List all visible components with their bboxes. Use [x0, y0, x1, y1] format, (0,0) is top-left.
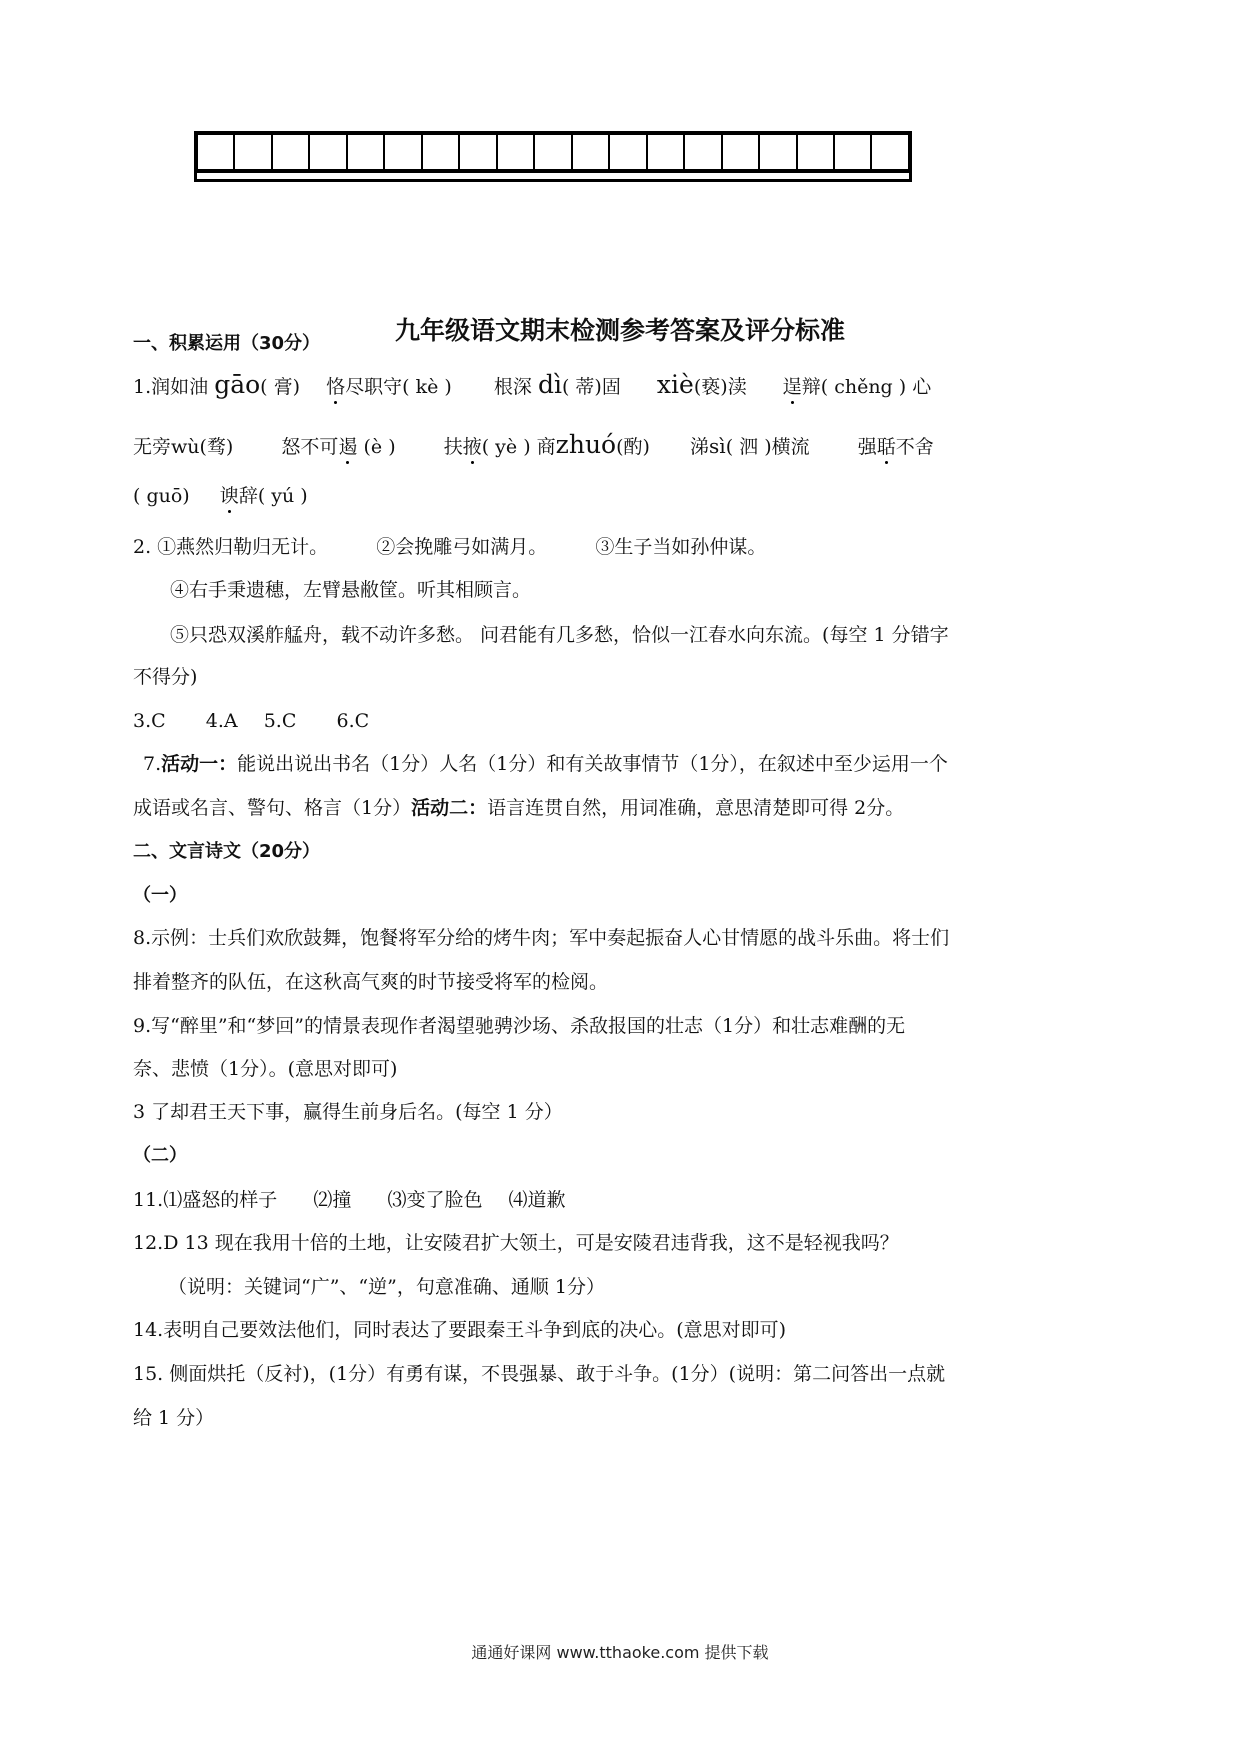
- q8-line-2: 排着整齐的队伍，在这秋高气爽的时节接受将军的检阅。: [133, 970, 608, 994]
- q1-item-text: 强: [858, 436, 877, 458]
- q1-item-text: ( yè ) 商: [482, 436, 556, 458]
- q9-line-1: 9.写“醉里”和“梦回”的情景表现作者渴望驰骋沙场、杀敌报国的壮志（1分）和壮志…: [133, 1014, 905, 1038]
- q2-line-3: ⑤只恐双溪舴艋舟，载不动许多愁。 问君能有几多愁，恰似一江春水向东流。(每空 1…: [170, 623, 949, 647]
- q1-item-text: ( 膏): [260, 376, 300, 398]
- activity-1-label: 活动一：: [161, 753, 237, 775]
- q1-item-text: ( 蒂)固: [562, 376, 621, 398]
- q9-line-2: 奈、悲愤（1分）。(意思对即可): [133, 1057, 397, 1081]
- q15-line-2: 给 1 分）: [133, 1406, 214, 1430]
- q1-item-text: 根深: [494, 376, 538, 398]
- pinyin: xiè: [657, 370, 694, 399]
- dotted-char: 恪: [326, 376, 345, 398]
- activity-2-text: 语言连贯自然，用词准确，意思清楚即可得 2分。: [487, 797, 904, 819]
- q1-item-text: 不舍: [896, 436, 934, 458]
- grid-cell: [535, 135, 572, 169]
- grid-cell: [648, 135, 685, 169]
- q11-item-1: ⑴盛怒的样子: [163, 1189, 277, 1211]
- q1-item-text: (è ): [357, 436, 395, 458]
- pinyin: dì: [538, 370, 562, 399]
- subsection-2: （二）: [133, 1144, 187, 1168]
- q11-answers: 11.⑴盛怒的样子 ⑵撞 ⑶变了脸色 ⑷道歉: [133, 1188, 566, 1212]
- q11-item-4: ⑷道歉: [509, 1189, 566, 1211]
- grid-cell: [198, 135, 235, 169]
- grid-cell: [872, 135, 907, 169]
- q11-item-2: ⑵撞: [313, 1189, 351, 1211]
- q2-line-4: 不得分): [133, 665, 197, 689]
- dotted-char: 聒: [877, 436, 896, 458]
- grid-cell: [235, 135, 272, 169]
- answer-grid-box: [194, 131, 912, 181]
- q1-item-text: 扶: [444, 436, 463, 458]
- pinyin: sì: [709, 434, 726, 458]
- q1-item-text: 涕: [690, 436, 709, 458]
- q2-line-2: ④右手秉遗穗，左臂悬敝筐。听其相顾言。: [170, 578, 531, 602]
- grid-cell: [310, 135, 347, 169]
- activity-1-text: 能说出说出书名（1分）人名（1分）和有关故事情节（1分），在叙述中至少运用一个: [237, 753, 948, 775]
- grid-cell: [573, 135, 610, 169]
- pinyin: zhuó: [556, 430, 616, 459]
- question-number: 1.: [133, 376, 151, 398]
- q1-item-text: ( 泗 )横流: [726, 436, 810, 458]
- q2-answer-2: ②会挽雕弓如满月。: [376, 536, 547, 558]
- q2-answer-1: 2. ①燕然归勒归无计。: [133, 536, 328, 558]
- pinyin: gāo: [214, 370, 260, 399]
- q2-line-1: 2. ①燕然归勒归无计。 ②会挽雕弓如满月。 ③生子当如孙仲谋。: [133, 535, 766, 559]
- footer-source: 通通好课网 www.tthaoke.com 提供下载: [0, 1640, 1240, 1663]
- dotted-char: 谀: [220, 485, 239, 507]
- q7-line-1: 7.活动一：能说出说出书名（1分）人名（1分）和有关故事情节（1分），在叙述中至…: [143, 752, 948, 776]
- grid-cell: [423, 135, 460, 169]
- grid-cell: [498, 135, 535, 169]
- dotted-char: 逞: [783, 376, 802, 398]
- subsection-1: （一）: [133, 884, 187, 908]
- q1-item-text: 辩( chěng ) 心: [802, 376, 931, 398]
- section-heading-1: 一、积累运用（30分）: [133, 332, 320, 356]
- grid-cell: [385, 135, 422, 169]
- q1-item-text: (酌): [616, 436, 650, 458]
- grid-cell: [685, 135, 722, 169]
- q8-line-1: 8.示例：士兵们欢欣鼓舞，饱餐将军分给的烤牛肉；军中奏起振奋人心甘情愿的战斗乐曲…: [133, 926, 949, 950]
- grid-cell: [723, 135, 760, 169]
- q1-item-text: 无旁wù(骛): [133, 436, 233, 458]
- grid-cells: [194, 131, 912, 173]
- q10-answer: 3 了却君王天下事，赢得生前身后名。(每空 1 分）: [133, 1100, 563, 1124]
- question-number: 7.: [143, 753, 161, 775]
- grid-cell: [273, 135, 310, 169]
- q13-note: （说明：关键词“广”、“逆”，句意准确、通顺 1分）: [168, 1275, 605, 1299]
- q1-item-text: 润如油: [151, 376, 214, 398]
- grid-cell: [460, 135, 497, 169]
- q1-item-text: 辞( yú ): [239, 485, 308, 507]
- grid-cell: [610, 135, 647, 169]
- grid-cell: [348, 135, 385, 169]
- grid-cell: [760, 135, 797, 169]
- dotted-char: 掖: [463, 436, 482, 458]
- q14-answer: 14.表明自己要效法他们，同时表达了要跟秦王斗争到底的决心。(意思对即可): [133, 1318, 786, 1342]
- answer-q3: 3.C: [133, 710, 166, 732]
- q3-6-answers: 3.C 4.A 5.C 6.C: [133, 709, 369, 733]
- q11-item-3: ⑶变了脸色: [387, 1189, 482, 1211]
- q15-line-1: 15. 侧面烘托（反衬)，(1分）有勇有谋，不畏强暴、敢于斗争。(1分）(说明：…: [133, 1362, 945, 1386]
- q2-answer-3: ③生子当如孙仲谋。: [595, 536, 766, 558]
- q1-item-text: 尽职守( kè ): [345, 376, 452, 398]
- section-heading-2: 二、文言诗文（20分）: [133, 840, 320, 864]
- answer-q6: 6.C: [336, 710, 369, 732]
- q1-item-text: ( guō): [133, 485, 190, 507]
- q7-line-2: 成语或名言、警句、格言（1分）活动二：语言连贯自然，用词准确，意思清楚即可得 2…: [133, 796, 904, 820]
- grid-cell: [835, 135, 872, 169]
- question-number: 11.: [133, 1189, 163, 1211]
- answer-q5: 5.C: [264, 710, 297, 732]
- grid-bottom-bar: [194, 173, 912, 182]
- q1-item-text: (亵)渎: [694, 376, 747, 398]
- q1-line-3: ( guō) 谀辞( yú ): [133, 484, 308, 508]
- q1-line-1: 1.润如油 gāo( 膏) 恪尽职守( kè ) 根深 dì( 蒂)固 xiè(…: [133, 373, 931, 399]
- grid-cell: [798, 135, 835, 169]
- q1-item-text: 怒不可: [281, 436, 338, 458]
- q1-line-2: 无旁wù(骛) 怒不可遏 (è ) 扶掖( yè ) 商zhuó(酌) 涕sì(…: [133, 433, 934, 459]
- activity-1-text-cont: 成语或名言、警句、格言（1分）: [133, 797, 411, 819]
- answer-q4: 4.A: [206, 710, 238, 732]
- q12-13-answer: 12.D 13 现在我用十倍的土地，让安陵君扩大领土，可是安陵君违背我，这不是轻…: [133, 1231, 899, 1255]
- dotted-char: 遏: [338, 436, 357, 458]
- activity-2-label: 活动二：: [411, 797, 487, 819]
